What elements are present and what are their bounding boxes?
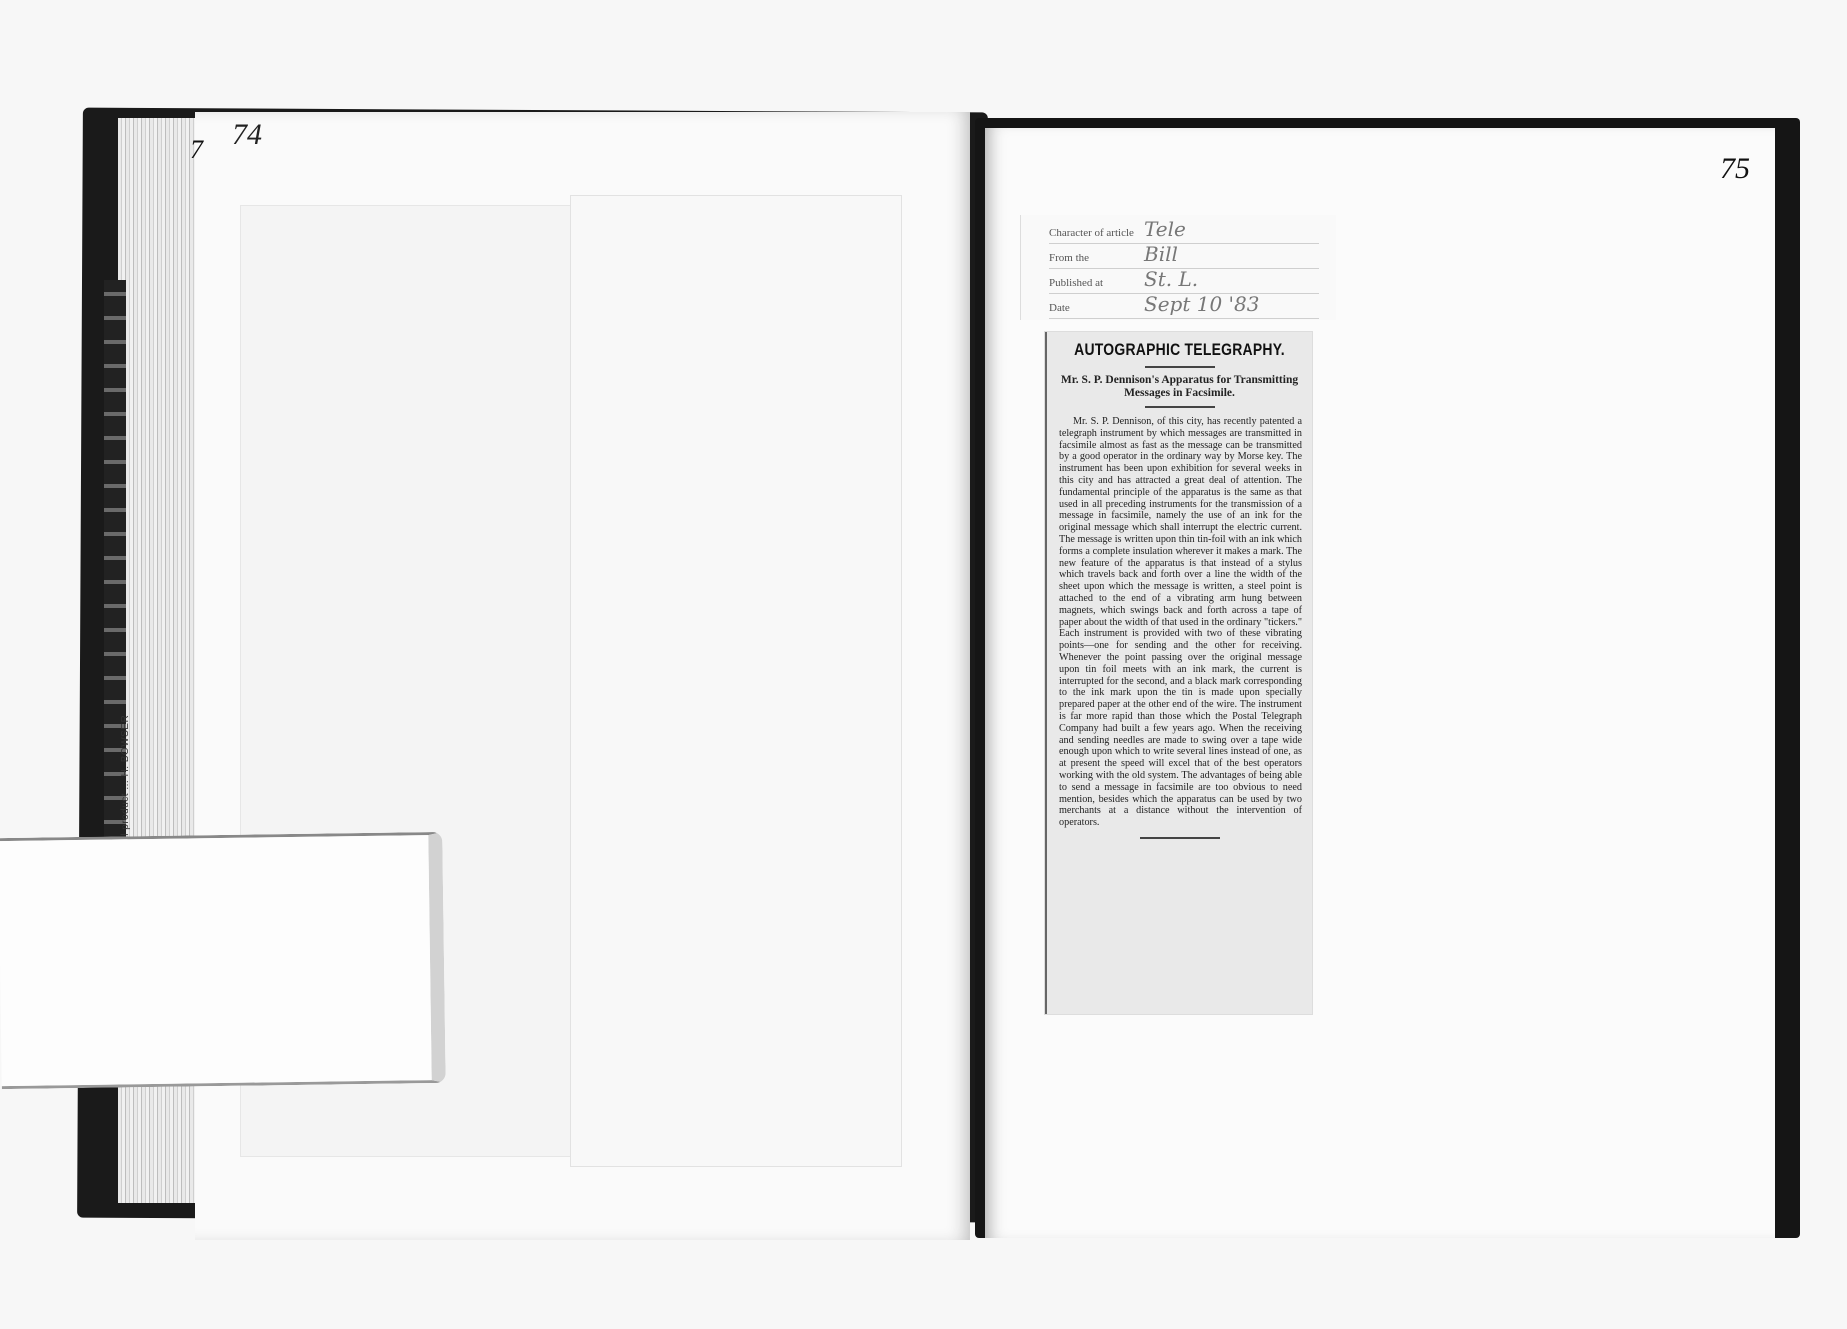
divider xyxy=(1145,366,1215,368)
clipping-headline: AUTOGRAPHIC TELEGRAPHY. xyxy=(1071,340,1288,360)
edge-number: 7 xyxy=(190,135,203,165)
form-label: Character of article xyxy=(1049,227,1138,239)
form-label: Date xyxy=(1049,302,1074,314)
index-form-slip: Character of article Tele From the Bill … xyxy=(1020,215,1336,320)
form-row-character: Character of article Tele xyxy=(1049,227,1319,244)
clipping-body: Mr. S. P. Dennison, of this city, has re… xyxy=(1047,414,1312,829)
clipping-subheadline: Mr. S. P. Dennison's Apparatus for Trans… xyxy=(1047,374,1312,400)
form-label: Published at xyxy=(1049,277,1107,289)
divider xyxy=(1145,406,1215,408)
end-divider xyxy=(1140,837,1220,839)
form-label: From the xyxy=(1049,252,1093,264)
right-page-number: 75 xyxy=(1720,152,1750,186)
folded-paper-slip xyxy=(0,832,446,1089)
left-tissue-sheet xyxy=(570,195,902,1167)
handwritten-entry: St. L. xyxy=(1144,267,1198,291)
spine-label: metal product ... H. BOWSER xyxy=(120,560,160,860)
newspaper-clipping: AUTOGRAPHIC TELEGRAPHY. Mr. S. P. Dennis… xyxy=(1045,332,1312,1014)
left-page-number: 74 xyxy=(232,118,262,152)
form-row-date: Date Sept 10 '83 xyxy=(1049,302,1319,319)
handwritten-entry: Tele xyxy=(1144,217,1186,241)
handwritten-entry: Sept 10 '83 xyxy=(1144,292,1260,316)
handwritten-entry: Bill xyxy=(1144,242,1178,266)
